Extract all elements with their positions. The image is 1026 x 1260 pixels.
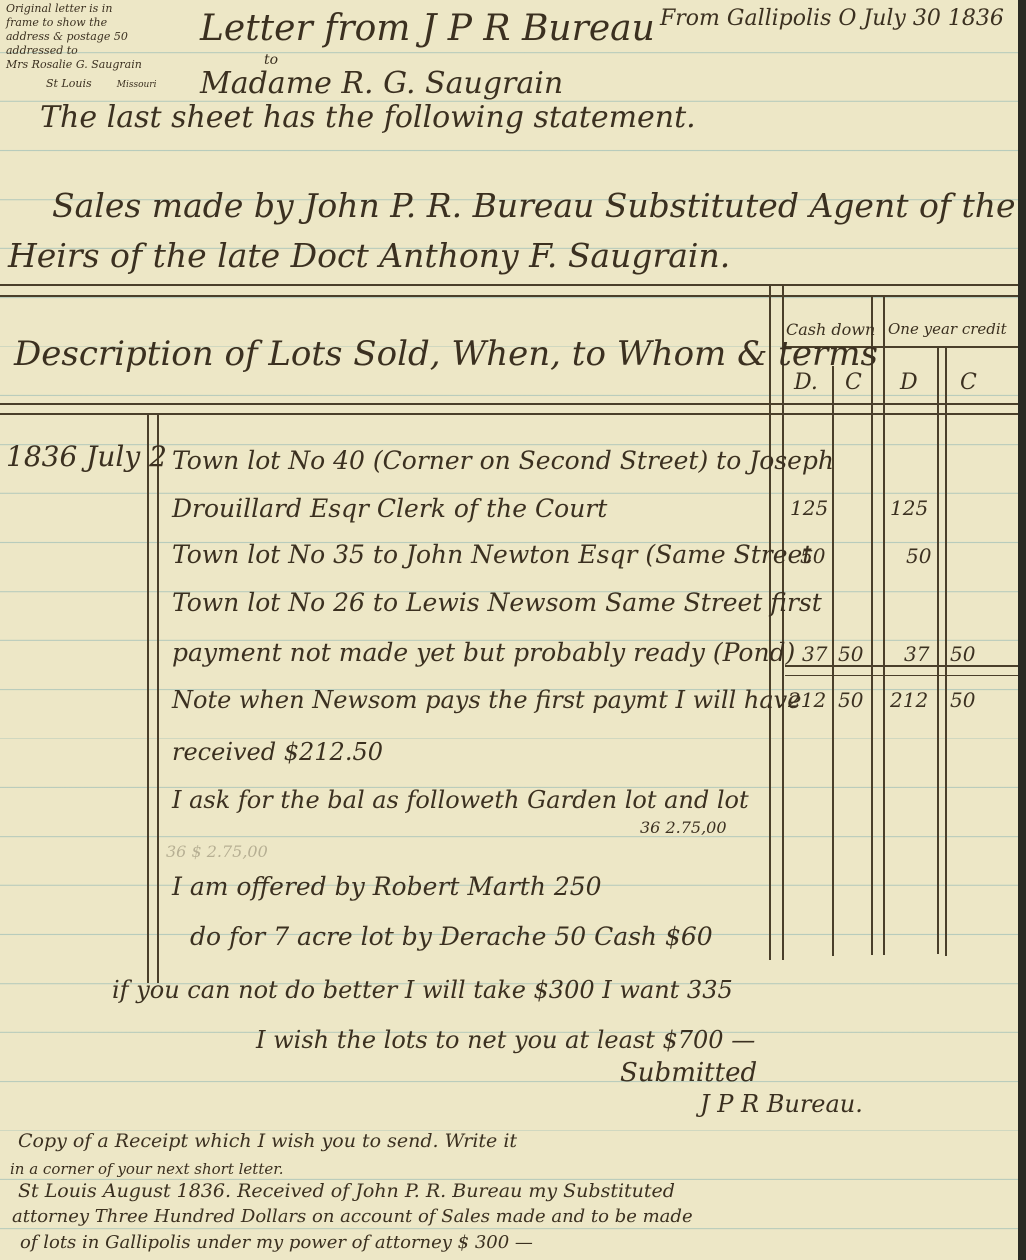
sub-header-credit-d: D	[900, 370, 918, 395]
table-row-text: Town lot No 40 (Corner on Second Street)…	[172, 446, 834, 475]
credit-d-cell: 125	[890, 496, 928, 520]
cash-c-cell: 50	[838, 642, 863, 666]
table-row-text: 36 2.75,00	[640, 818, 727, 837]
sales-heading-line2: Heirs of the late Doct Anthony F. Saugra…	[8, 236, 730, 275]
date-column-divider-2	[157, 413, 159, 983]
margin-note-line: Missouri	[97, 78, 157, 92]
sub-header-cash-c: C	[845, 370, 862, 395]
sub-header-cash-d: D.	[794, 370, 818, 395]
margin-note-line: St Louis	[6, 77, 92, 91]
credit-c-cell: 50	[950, 688, 975, 712]
intro-statement: The last sheet has the following stateme…	[40, 100, 696, 135]
table-row-text: Drouillard Esqr Clerk of the Court	[172, 494, 607, 523]
letter-title: Letter from J P R Bureau	[200, 8, 655, 49]
table-row-text: I ask for the bal as followeth Garden lo…	[172, 786, 749, 814]
sub-header-credit-c: C	[960, 370, 977, 395]
header-bottom-rule-2	[0, 413, 1018, 415]
receipt-line: St Louis August 1836. Received of John P…	[18, 1180, 675, 1202]
table-row-text: Town lot No 35 to John Newton Esqr (Same…	[172, 540, 812, 569]
cash-c-cell: 50	[838, 688, 863, 712]
submitted-label: Submitted	[620, 1058, 757, 1088]
credit-d-cell: 37	[904, 642, 929, 666]
table-top-rule	[0, 284, 1018, 286]
col-line	[937, 348, 939, 954]
description-header: Description of Lots Sold, When, to Whom …	[14, 334, 878, 374]
net-wish-line: I wish the lots to net you at least $700…	[256, 1026, 755, 1054]
credit-d-cell: 212	[890, 688, 928, 712]
col-line	[945, 348, 947, 956]
header-bottom-rule	[0, 403, 1018, 405]
margin-note: Original letter is in frame to show the …	[6, 2, 186, 92]
signature: J P R Bureau.	[700, 1090, 863, 1118]
table-row-text: Town lot No 26 to Lewis Newsom Same Stre…	[172, 588, 822, 617]
receipt-line: in a corner of your next short letter.	[10, 1160, 284, 1178]
receipt-line: attorney Three Hundred Dollars on accoun…	[12, 1206, 693, 1227]
receipt-line: Copy of a Receipt which I wish you to se…	[18, 1130, 517, 1152]
credit-c-cell: 50	[950, 642, 975, 666]
receipt-line: of lots in Gallipolis under my power of …	[20, 1232, 533, 1253]
sales-heading-line1: Sales made by John P. R. Bureau Substitu…	[52, 186, 1016, 225]
cash-d-cell: 212	[788, 688, 826, 712]
col-line	[769, 284, 771, 960]
cash-down-header: Cash down	[786, 320, 875, 339]
cash-d-cell: 37	[802, 642, 827, 666]
table-row-text: received $212.50	[172, 738, 383, 766]
col-line	[871, 295, 873, 955]
table-row-text: Note when Newsom pays the first paymt I …	[172, 686, 801, 714]
table-row-text: I am offered by Robert Marth 250	[172, 872, 602, 901]
cash-d-cell: 125	[790, 496, 828, 520]
credit-d-cell: 50	[906, 544, 931, 568]
recipient: Madame R. G. Saugrain	[200, 66, 563, 101]
letter-origin: From Gallipolis O July 30 1836	[660, 6, 1004, 31]
frame-edge	[1018, 0, 1026, 1260]
table-row-text: do for 7 acre lot by Derache 50 Cash $60	[190, 922, 713, 951]
cash-d-cell: 50	[800, 544, 825, 568]
table-top-rule-2	[0, 295, 1018, 297]
date-column-divider	[147, 413, 149, 983]
col-line	[883, 295, 885, 955]
margin-note-line: Original letter is in	[6, 2, 186, 16]
table-row-text: payment not made yet but probably ready …	[172, 638, 795, 667]
margin-note-line: Mrs Rosalie G. Saugrain	[6, 58, 186, 72]
margin-note-line: frame to show the	[6, 16, 186, 30]
margin-note-line: addressed to	[6, 44, 186, 58]
subtotal-rule-2	[785, 675, 1018, 676]
margin-note-line: address & postage 50	[6, 30, 186, 44]
col-line	[782, 284, 784, 960]
entry-date: 1836 July 2	[6, 440, 167, 473]
offer-line: if you can not do better I will take $30…	[112, 976, 733, 1004]
table-row-text-faded: 36 $ 2.75,00	[166, 842, 268, 861]
one-year-credit-header: One year credit	[888, 320, 1007, 338]
